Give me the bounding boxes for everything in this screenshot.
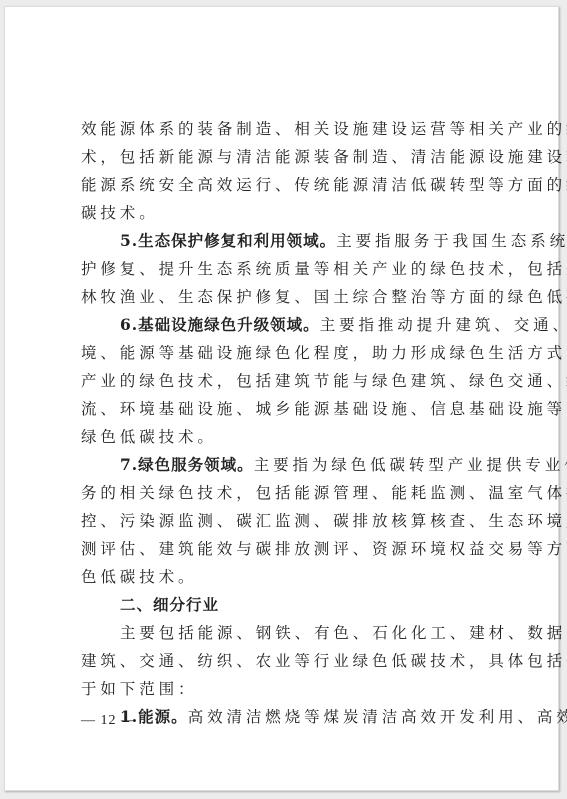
text-line: 主要包括能源、钢铁、有色、石化化工、建材、数据中心、 [81, 619, 495, 647]
text-line: 流、环境基础设施、城乡能源基础设施、信息基础设施等方面的 [81, 395, 495, 423]
section-5-text: 主要指服务于我国生态系统保 [336, 232, 567, 250]
section-7-text: 主要指为绿色低碳转型产业提供专业化服 [254, 456, 567, 474]
text-line: 绿色低碳技术。 [81, 423, 495, 451]
page-number: — 12 — [81, 713, 136, 729]
text-line: 术，包括新能源与清洁能源装备制造、清洁能源设施建设和运营、 [81, 143, 495, 171]
section-7-first-line: 7.绿色服务领域。主要指为绿色低碳转型产业提供专业化服 [81, 451, 495, 479]
text-line: 能源系统安全高效运行、传统能源清洁低碳转型等方面的绿色低 [81, 171, 495, 199]
text-line: 产业的绿色技术，包括建筑节能与绿色建筑、绿色交通、绿色物 [81, 367, 495, 395]
section-6-first-line: 6.基础设施绿色升级领域。主要指推动提升建筑、交通、环 [81, 311, 495, 339]
text-line: 建筑、交通、纺织、农业等行业绿色低碳技术，具体包括但不限 [81, 647, 495, 675]
text-line: 境、能源等基础设施绿色化程度，助力形成绿色生活方式的相关 [81, 339, 495, 367]
text-line: 林牧渔业、生态保护修复、国土综合整治等方面的绿色低碳技术。 [81, 283, 495, 311]
section-5-heading: 5.生态保护修复和利用领域。 [120, 231, 336, 250]
document-body: 效能源体系的装备制造、相关设施建设运营等相关产业的绿色技 术，包括新能源与清洁能… [81, 115, 495, 731]
section-7-heading: 7.绿色服务领域。 [120, 455, 254, 474]
text-line: 碳技术。 [81, 199, 495, 227]
item-1-text: 高效清洁燃烧等煤炭清洁高效开发利用、高效低成 [188, 708, 567, 726]
part-2-heading-line: 二、细分行业 [81, 591, 495, 619]
section-5-first-line: 5.生态保护修复和利用领域。主要指服务于我国生态系统保 [81, 227, 495, 255]
item-1-first-line: 1.能源。高效清洁燃烧等煤炭清洁高效开发利用、高效低成 [81, 703, 495, 731]
text-line: 控、污染源监测、碳汇监测、碳排放核算核查、生态环境质量监 [81, 507, 495, 535]
document-page: 效能源体系的装备制造、相关设施建设运营等相关产业的绿色技 术，包括新能源与清洁能… [4, 6, 559, 791]
text-line: 护修复、提升生态系统质量等相关产业的绿色技术，包括生态农 [81, 255, 495, 283]
text-line: 效能源体系的装备制造、相关设施建设运营等相关产业的绿色技 [81, 115, 495, 143]
text-line: 于如下范围： [81, 675, 495, 703]
text-line: 色低碳技术。 [81, 563, 495, 591]
section-6-heading: 6.基础设施绿色升级领域。 [120, 315, 320, 334]
text-line: 务的相关绿色技术，包括能源管理、能耗监测、温室气体排放监 [81, 479, 495, 507]
section-6-text: 主要指推动提升建筑、交通、环 [320, 316, 567, 334]
text-line: 测评估、建筑能效与碳排放测评、资源环境权益交易等方面的绿 [81, 535, 495, 563]
part-2-heading: 二、细分行业 [120, 596, 219, 614]
